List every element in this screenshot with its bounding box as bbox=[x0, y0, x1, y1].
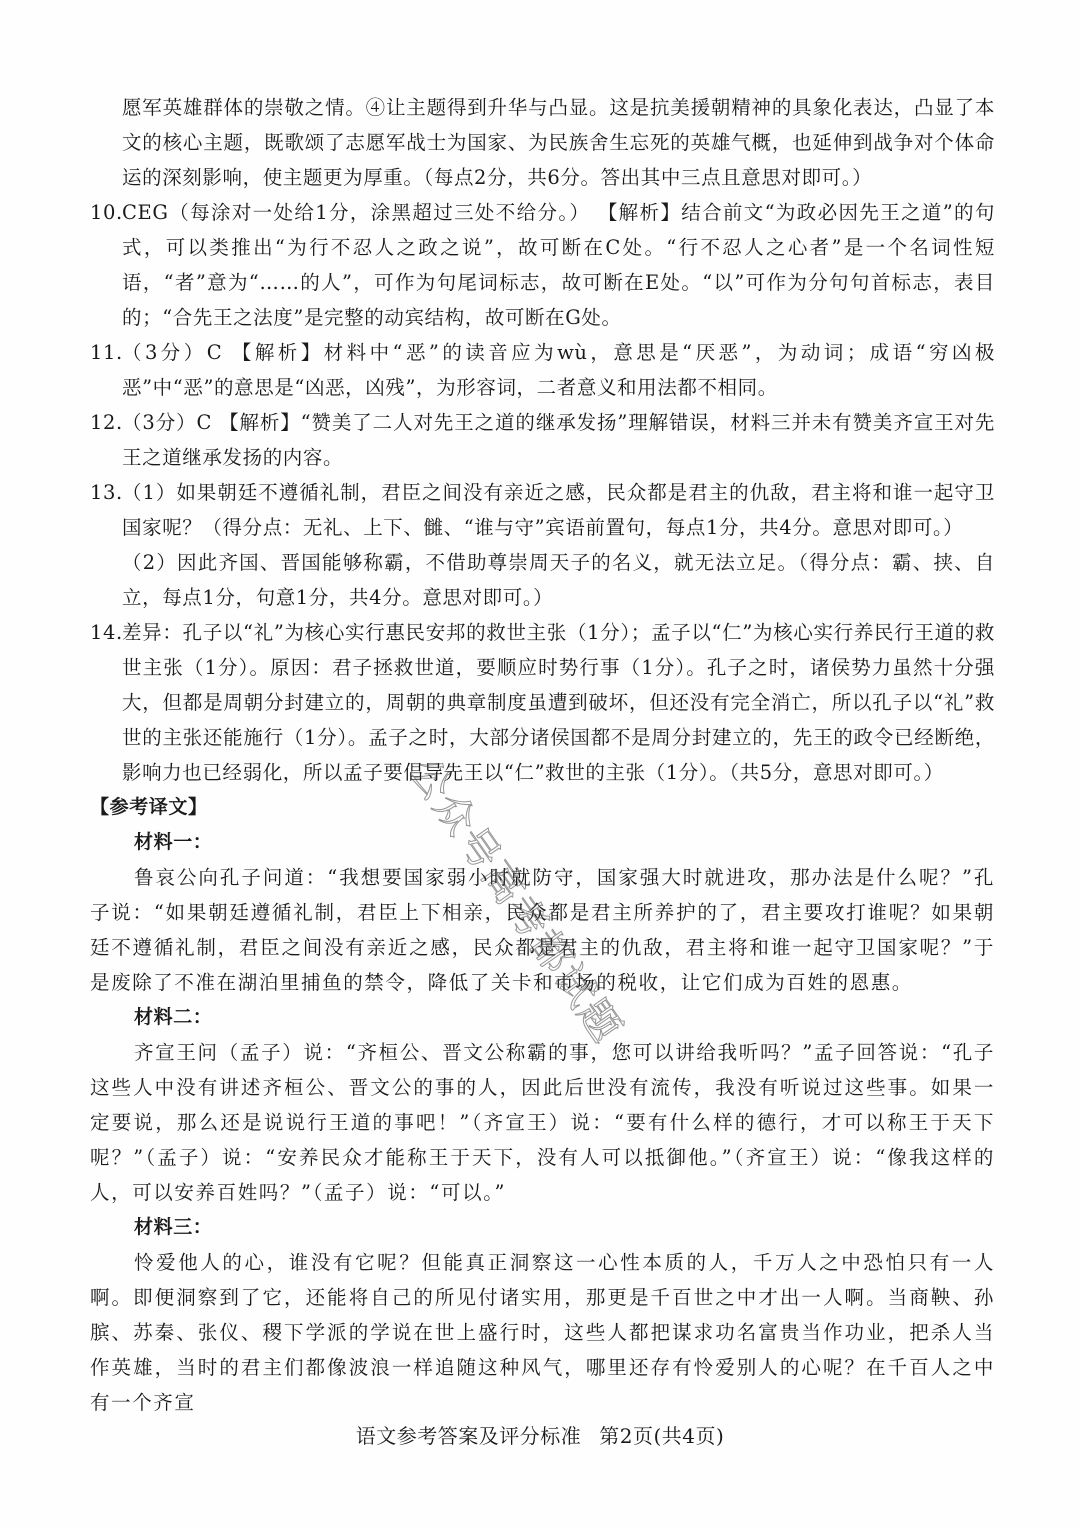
material-1-text: 鲁哀公向孔子问道：“我想要国家弱小时就防守，国家强大时就进攻，那办法是什么呢？”… bbox=[90, 860, 995, 1000]
answer-text: 差异：孔子以“礼”为核心实行惠民安邦的救世主张（1分）；孟子以“仁”为核心实行养… bbox=[122, 615, 995, 790]
answer-number: 12. bbox=[90, 405, 122, 475]
answer-text: CEG（每涂对一处给1分，涂黑超过三处不给分。） 【解析】结合前文“为政必因先王… bbox=[122, 195, 995, 335]
material-3-text: 怜爱他人的心，谁没有它呢？但能真正洞察这一心性本质的人，千万人之中恐怕只有一人啊… bbox=[90, 1245, 995, 1420]
page-content: 愿军英雄群体的崇敬之情。④让主题得到升华与凸显。这是抗美援朝精神的具象化表达，凸… bbox=[90, 90, 995, 1420]
answer-number: 10. bbox=[90, 195, 122, 335]
material-2-text: 齐宣王问（孟子）说：“齐桓公、晋文公称霸的事，您可以讲给我听吗？”孟子回答说：“… bbox=[90, 1035, 995, 1210]
material-3-title: 材料三： bbox=[90, 1210, 995, 1245]
reference-translation: 【参考译文】 材料一： 鲁哀公向孔子问道：“我想要国家弱小时就防守，国家强大时就… bbox=[90, 790, 995, 1420]
material-2-title: 材料二： bbox=[90, 1000, 995, 1035]
answer-number: 11. bbox=[90, 335, 122, 405]
answer-text-part-2: （2）因此齐国、晋国能够称霸，不借助尊崇周天子的名义，就无法立足。（得分点：霸、… bbox=[122, 545, 995, 615]
answer-14: 14. 差异：孔子以“礼”为核心实行惠民安邦的救世主张（1分）；孟子以“仁”为核… bbox=[90, 615, 995, 790]
exam-answer-page: 愿军英雄群体的崇敬之情。④让主题得到升华与凸显。这是抗美援朝精神的具象化表达，凸… bbox=[0, 0, 1080, 1527]
answer-12: 12. （3分）C 【解析】“赞美了二人对先王之道的继承发扬”理解错误，材料三并… bbox=[90, 405, 995, 475]
answer-number: 13. bbox=[90, 475, 122, 615]
footer-title: 语文参考答案及评分标准 bbox=[356, 1424, 582, 1448]
answer-11: 11. （3分）C 【解析】材料中“恶”的读音应为wù，意思是“厌恶”，为动词；… bbox=[90, 335, 995, 405]
translation-heading: 【参考译文】 bbox=[90, 790, 995, 825]
answer-10: 10. CEG（每涂对一处给1分，涂黑超过三处不给分。） 【解析】结合前文“为政… bbox=[90, 195, 995, 335]
answer-13: 13. （1）如果朝廷不遵循礼制，君臣之间没有亲近之感，民众都是君主的仇敌，君主… bbox=[90, 475, 995, 615]
answer-text: （3分）C 【解析】材料中“恶”的读音应为wù，意思是“厌恶”，为动词；成语“穷… bbox=[122, 335, 995, 405]
page-footer: 语文参考答案及评分标准第2页(共4页) bbox=[0, 1420, 1080, 1449]
answer-number: 14. bbox=[90, 615, 122, 790]
material-1-title: 材料一： bbox=[90, 825, 995, 860]
previous-answer-continuation: 愿军英雄群体的崇敬之情。④让主题得到升华与凸显。这是抗美援朝精神的具象化表达，凸… bbox=[90, 90, 995, 195]
page-number: 第2页(共4页) bbox=[599, 1424, 724, 1448]
answer-text: （3分）C 【解析】“赞美了二人对先王之道的继承发扬”理解错误，材料三并未有赞美… bbox=[122, 405, 995, 475]
answer-text-part-1: （1）如果朝廷不遵循礼制，君臣之间没有亲近之感，民众都是君主的仇敌，君主将和谁一… bbox=[122, 475, 995, 545]
